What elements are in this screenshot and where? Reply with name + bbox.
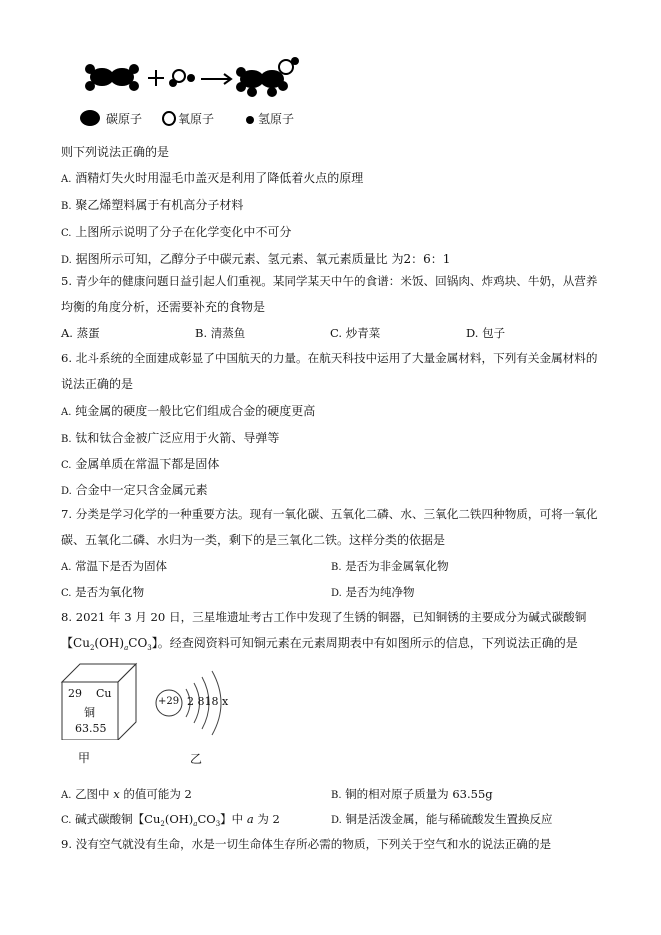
formula-bracket-open: 【 [133, 812, 145, 826]
option-text: 聚乙烯塑料属于有机高分子材料 [75, 198, 243, 212]
q4-option-b: B. 聚乙烯塑料属于有机高分子材料 [61, 197, 243, 215]
figure-caption-jia: 甲 [78, 749, 90, 766]
ethanol-molecule-icon [236, 57, 299, 97]
option-letter: B. [61, 434, 72, 445]
atom-structure-figure: +29 2 818 x 乙 [150, 665, 250, 765]
option-letter: D. [61, 255, 72, 266]
water-molecule-icon [169, 70, 195, 87]
reaction-diagram: 碳原子 氧原子 氢原子 [80, 52, 320, 132]
q7-option-a: A. 常温下是否为固体 [61, 558, 167, 576]
q5-option-b: B. 清蒸鱼 [195, 325, 245, 341]
q6-stem-line2: 说法正确的是 [61, 376, 133, 392]
option-text: 据图所示可知，乙醇分子中碳元素、氢元素、氧元素质量比 为2：6：1 [76, 252, 451, 266]
q4-option-c: C. 上图所示说明了分子在化学变化中不可分 [61, 224, 291, 242]
option-letter: D. [331, 588, 342, 599]
q8-stem-line1: 8. 2021 年 3 月 20 日，三星堆遗址考古工作中发现了生锈的铜器，已知… [61, 609, 586, 625]
formula-cu: Cu [144, 812, 160, 826]
element-symbol: Cu [96, 687, 112, 700]
option-text: 纯金属的硬度一般比它们组成合金的硬度更高 [75, 404, 315, 418]
option-letter: C. [61, 815, 71, 826]
q7-option-d: D. 是否为纯净物 [331, 584, 415, 602]
q5-option-c: C. 炒青菜 [330, 325, 380, 341]
q7-option-c: C. 是否为氧化物 [61, 584, 144, 602]
option-letter: A. [61, 562, 71, 573]
option-text: 是否为氧化物 [75, 585, 144, 599]
option-letter: A. [61, 174, 71, 185]
q8-stem-line2-text: 。经查阅资料可知铜元素在元素周期表中有如图所示的信息，下列说法正确的是 [158, 636, 578, 650]
option-letter: D. [331, 815, 342, 826]
electron-shells: 2 818 x [187, 695, 228, 708]
arrow-right-icon [201, 74, 231, 84]
ethylene-molecule-icon [85, 64, 139, 91]
option-text: 常温下是否为固体 [75, 559, 167, 573]
option-letter: B. [61, 201, 72, 212]
q4-option-a: A. 酒精灯失火时用湿毛巾盖灭是利用了降低着火点的原理 [61, 170, 363, 188]
q5-option-a: A. 蒸蛋 [61, 325, 100, 341]
option-text: 合金中一定只含金属元素 [76, 483, 208, 497]
option-text: 是否为纯净物 [346, 585, 415, 599]
carbon-atom-icon [80, 110, 100, 126]
q8-option-d: D. 铜是活泼金属，能与稀硫酸发生置换反应 [331, 811, 553, 829]
option-letter: A. [61, 790, 71, 801]
formula-oh: (OH) [165, 812, 193, 826]
element-card-figure: 29 Cu 铜 63.55 甲 [60, 660, 140, 760]
figure-caption-yi: 乙 [190, 750, 202, 767]
option-text: 碱式碳酸铜 [75, 812, 133, 826]
option-text: 为 2 [254, 812, 280, 826]
atomic-mass: 63.55 [75, 722, 107, 735]
formula-bracket-close: 】 [220, 812, 232, 826]
q6-option-c: C. 金属单质在常温下都是固体 [61, 456, 219, 474]
plus-icon [148, 70, 164, 86]
variable-a: a [247, 812, 254, 826]
q6-stem-line1: 6. 北斗系统的全面建成彰显了中国航天的力量。在航天科技中运用了大量金属材料，下… [61, 350, 597, 366]
option-text: 的值可能为 2 [120, 787, 192, 801]
q5-stem-line1: 5. 青少年的健康问题日益引起人们重视。某同学某天中午的食谱：米饭、回锅肉、炸鸡… [61, 273, 597, 289]
oxygen-atom-icon [162, 111, 176, 126]
formula-bracket-open: 【 [61, 636, 73, 650]
option-text: 铜的相对原子质量为 63.55g [345, 787, 492, 801]
q7-stem-line2: 碳、五氧化二磷、水归为一类，剩下的是三氧化二铁。这样分类的依据是 [61, 532, 445, 548]
q6-option-a: A. 纯金属的硬度一般比它们组成合金的硬度更高 [61, 403, 315, 421]
option-letter: C. [61, 588, 71, 599]
option-letter: D. [61, 486, 72, 497]
q5-stem-line2: 均衡的角度分析，还需要补充的食物是 [61, 299, 265, 315]
option-letter: A. [61, 407, 71, 418]
legend-oxygen-label: 氧原子 [178, 110, 214, 127]
q7-option-b: B. 是否为非金属氧化物 [331, 558, 449, 576]
option-letter: B. [331, 562, 342, 573]
option-letter: C. [61, 228, 71, 239]
legend-hydrogen-label: 氢原子 [258, 110, 294, 127]
q4-stem: 则下列说法正确的是 [61, 144, 169, 160]
q8-option-b: B. 铜的相对原子质量为 63.55g [331, 786, 493, 804]
option-text: 上图所示说明了分子在化学变化中不可分 [75, 225, 291, 239]
q8-stem-line2: 【Cu2(OH)aCO3】。经查阅资料可知铜元素在元素周期表中有如图所示的信息，… [61, 635, 578, 656]
option-text: 乙图中 [75, 787, 113, 801]
element-name: 铜 [84, 704, 95, 720]
atomic-number: 29 [68, 687, 82, 700]
q9-stem-line1: 9. 没有空气就没有生命，水是一切生命体生存所必需的物质，下列关于空气和水的说法… [61, 836, 551, 852]
option-text: 金属单质在常温下都是固体 [75, 457, 219, 471]
option-letter: B. [331, 790, 342, 801]
option-text: 是否为非金属氧化物 [345, 559, 449, 573]
formula-co: CO [128, 636, 147, 650]
formula-co: CO [197, 812, 215, 826]
nucleus-charge: +29 [158, 696, 179, 707]
option-text: 酒精灯失火时用湿毛巾盖灭是利用了降低着火点的原理 [75, 171, 363, 185]
diagram-legend: 碳原子 氧原子 氢原子 [80, 108, 320, 130]
formula-cu: Cu [73, 636, 90, 650]
option-text: 中 [232, 812, 247, 826]
q6-option-d: D. 合金中一定只含金属元素 [61, 482, 208, 500]
hydrogen-atom-icon [246, 116, 254, 124]
option-text: 铜是活泼金属，能与稀硫酸发生置换反应 [346, 812, 553, 826]
option-letter: C. [61, 460, 71, 471]
legend-carbon-label: 碳原子 [106, 110, 142, 127]
q8-option-a: A. 乙图中 x 的值可能为 2 [61, 786, 192, 804]
q8-option-c: C. 碱式碳酸铜【Cu2(OH)aCO3】中 a 为 2 [61, 811, 280, 832]
option-text: 钛和钛合金被广泛应用于火箭、导弹等 [75, 431, 279, 445]
q7-stem-line1: 7. 分类是学习化学的一种重要方法。现有一氧化碳、五氧化二磷、水、三氧化二铁四种… [61, 506, 597, 522]
q6-option-b: B. 钛和钛合金被广泛应用于火箭、导弹等 [61, 430, 279, 448]
q5-option-d: D. 包子 [466, 325, 505, 341]
q4-option-d: D. 据图所示可知，乙醇分子中碳元素、氢元素、氧元素质量比 为2：6：1 [61, 251, 450, 269]
formula-oh: (OH) [94, 636, 124, 650]
